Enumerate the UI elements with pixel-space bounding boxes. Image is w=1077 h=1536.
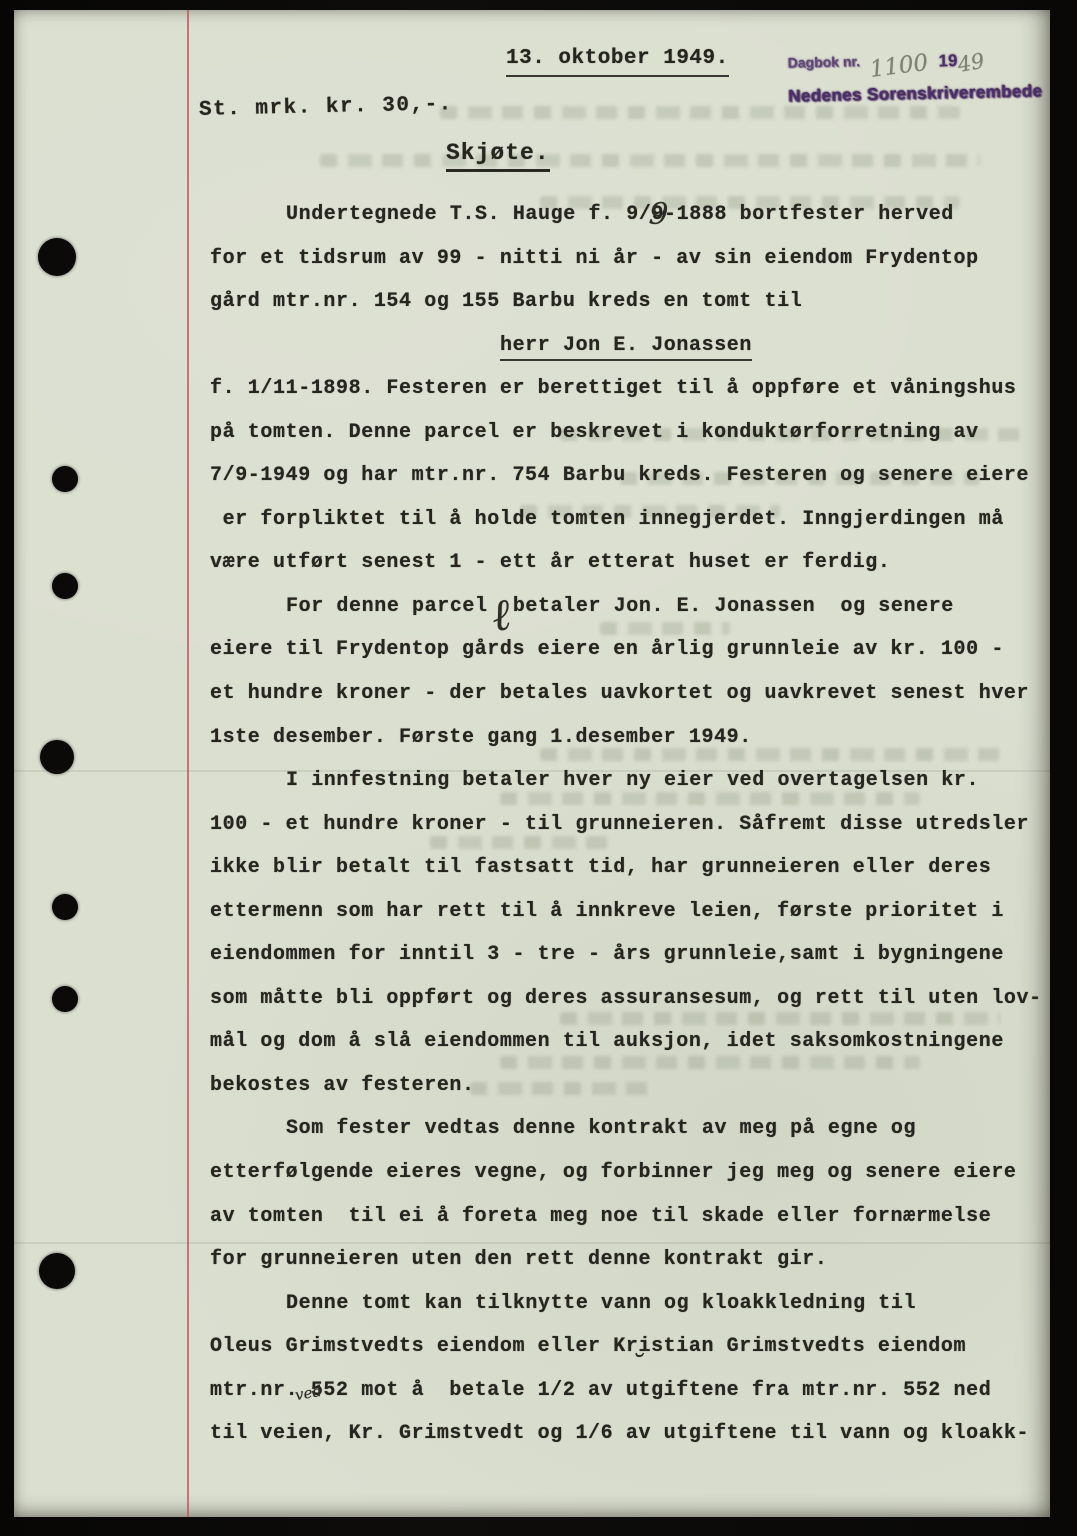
document-line: For denne parcel betaler Jon. E. Jonasse…: [210, 585, 1042, 629]
document-line: som måtte bli oppført og deres assuranse…: [210, 977, 1042, 1021]
document-line: bekostes av festeren.: [210, 1064, 1042, 1108]
punch-hole: [40, 740, 74, 774]
document-line: er forpliktet til å holde tomten innegje…: [210, 498, 1042, 542]
stamp-year-handwritten: 49: [956, 49, 987, 77]
document-line: 100 - et hundre kroner - til grunneieren…: [210, 803, 1042, 847]
document-line: Denne tomt kan tilknytte vann og kloakkl…: [210, 1282, 1042, 1326]
punch-hole: [38, 238, 76, 276]
document-line: på tomten. Denne parcel er beskrevet i k…: [210, 411, 1042, 455]
scanned-document-page: 13. oktober 1949. Dagbok nr.11001949 Ned…: [0, 0, 1077, 1536]
margin-rule-line: [187, 10, 189, 1517]
document-line: Oleus Grimstvedts eiendom eller Kristian…: [210, 1325, 1042, 1369]
document-title: Skjøte.: [446, 140, 550, 166]
document-line: Undertegnede T.S. Hauge f. 9/9-1888 bort…: [210, 193, 1042, 237]
handwritten-annotation: ˘: [630, 1352, 644, 1380]
document-line: ikke blir betalt til fastsatt tid, har g…: [210, 846, 1042, 890]
punch-hole: [39, 1253, 75, 1289]
document-line: for et tidsrum av 99 - nitti ni år - av …: [210, 237, 1042, 281]
stamp-journal-number-handwritten: 1100: [869, 50, 930, 83]
registry-stamp: Dagbok nr.11001949 Nedenes Sorenskrivere…: [787, 49, 1042, 106]
punch-hole: [52, 986, 78, 1012]
document-line: eiendommen for inntil 3 - tre - års grun…: [210, 933, 1042, 977]
document-line: herr Jon E. Jonassen: [210, 324, 1042, 368]
punch-hole: [52, 894, 78, 920]
document-body: Undertegnede T.S. Hauge f. 9/9-1888 bort…: [210, 193, 1042, 1456]
handwritten-annotation: 9: [648, 199, 669, 230]
document-line: av tomten til ei å foreta meg noe til sk…: [210, 1195, 1042, 1239]
document-line: ettermenn som har rett til å innkreve le…: [210, 890, 1042, 934]
document-line: gård mtr.nr. 154 og 155 Barbu kreds en t…: [210, 280, 1042, 324]
date-line: 13. oktober 1949.: [506, 47, 729, 70]
document-line: etterfølgende eieres vegne, og forbinner…: [210, 1151, 1042, 1195]
punch-hole: [52, 573, 78, 599]
document-title-text: Skjøte.: [446, 140, 550, 172]
stamp-year-printed: 19: [938, 51, 957, 70]
document-line: for grunneieren uten den rett denne kont…: [210, 1238, 1042, 1282]
stamp-journal-row: Dagbok nr.11001949: [787, 49, 1042, 84]
document-line: et hundre kroner - der betales uavkortet…: [210, 672, 1042, 716]
bleedthrough-smudge: [320, 154, 980, 167]
punch-hole: [52, 466, 78, 492]
date-text: 13. oktober 1949.: [506, 47, 729, 77]
document-line: mtr.nr. 552 mot å betale 1/2 av utgiften…: [210, 1369, 1042, 1413]
handwritten-annotation: ved: [294, 1384, 323, 1403]
document-line: være utført senest 1 - ett år etterat hu…: [210, 541, 1042, 585]
document-line: 1ste desember. Første gang 1.desember 19…: [210, 716, 1042, 760]
document-line: f. 1/11-1898. Festeren er berettiget til…: [210, 367, 1042, 411]
stamp-journal-label: Dagbok nr.: [787, 53, 860, 71]
document-line: eiere til Frydentop gårds eiere en årlig…: [210, 628, 1042, 672]
document-line: 7/9-1949 og har mtr.nr. 754 Barbu kreds.…: [210, 454, 1042, 498]
document-line: Som fester vedtas denne kontrakt av meg …: [210, 1107, 1042, 1151]
document-line: I innfestning betaler hver ny eier ved o…: [210, 759, 1042, 803]
bleedthrough-smudge: [440, 106, 960, 119]
underlined-heading-text: herr Jon E. Jonassen: [500, 334, 752, 361]
document-line: til veien, Kr. Grimstvedt og 1/6 av utgi…: [210, 1412, 1042, 1456]
document-line: mål og dom å slå eiendommen til auksjon,…: [210, 1020, 1042, 1064]
